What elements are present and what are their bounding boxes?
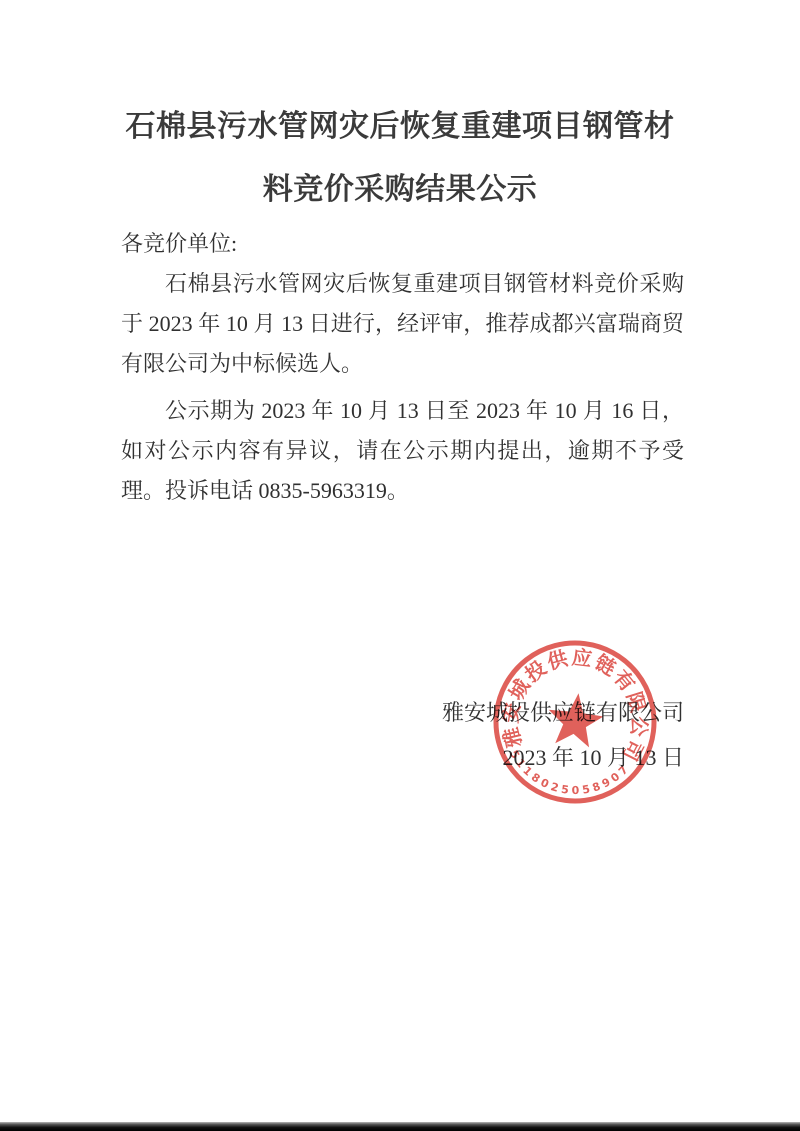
document-title: 石棉县污水管网灾后恢复重建项目钢管材 料竞价采购结果公示 — [0, 95, 800, 221]
seal-serial-number: 5118025058907 — [503, 747, 634, 805]
company-seal: 雅安城投供应链有限公司 5118025058907 — [469, 616, 681, 828]
document-body: 各竞价单位: 石棉县污水管网灾后恢复重建项目钢管材料竞价采购于 2023 年 1… — [121, 224, 684, 511]
paragraph-result: 石棉县污水管网灾后恢复重建项目钢管材料竞价采购于 2023 年 10 月 13 … — [121, 264, 684, 384]
paragraph-publicity-period: 公示期为 2023 年 10 月 13 日至 2023 年 10 月 16 日，… — [121, 391, 684, 511]
title-line-2: 料竞价采购结果公示 — [0, 158, 800, 221]
scan-edge-artifact — [0, 1122, 800, 1131]
salutation: 各竞价单位: — [121, 224, 684, 264]
seal-ink: 雅安城投供应链有限公司 5118025058907 — [487, 634, 663, 810]
title-line-1: 石棉县污水管网灾后恢复重建项目钢管材 — [0, 95, 800, 158]
page: { "document": { "title": { "line1": "石棉县… — [0, 0, 800, 1131]
star-icon — [545, 690, 606, 749]
document-page: 石棉县污水管网灾后恢复重建项目钢管材 料竞价采购结果公示 各竞价单位: 石棉县污… — [0, 0, 800, 1131]
